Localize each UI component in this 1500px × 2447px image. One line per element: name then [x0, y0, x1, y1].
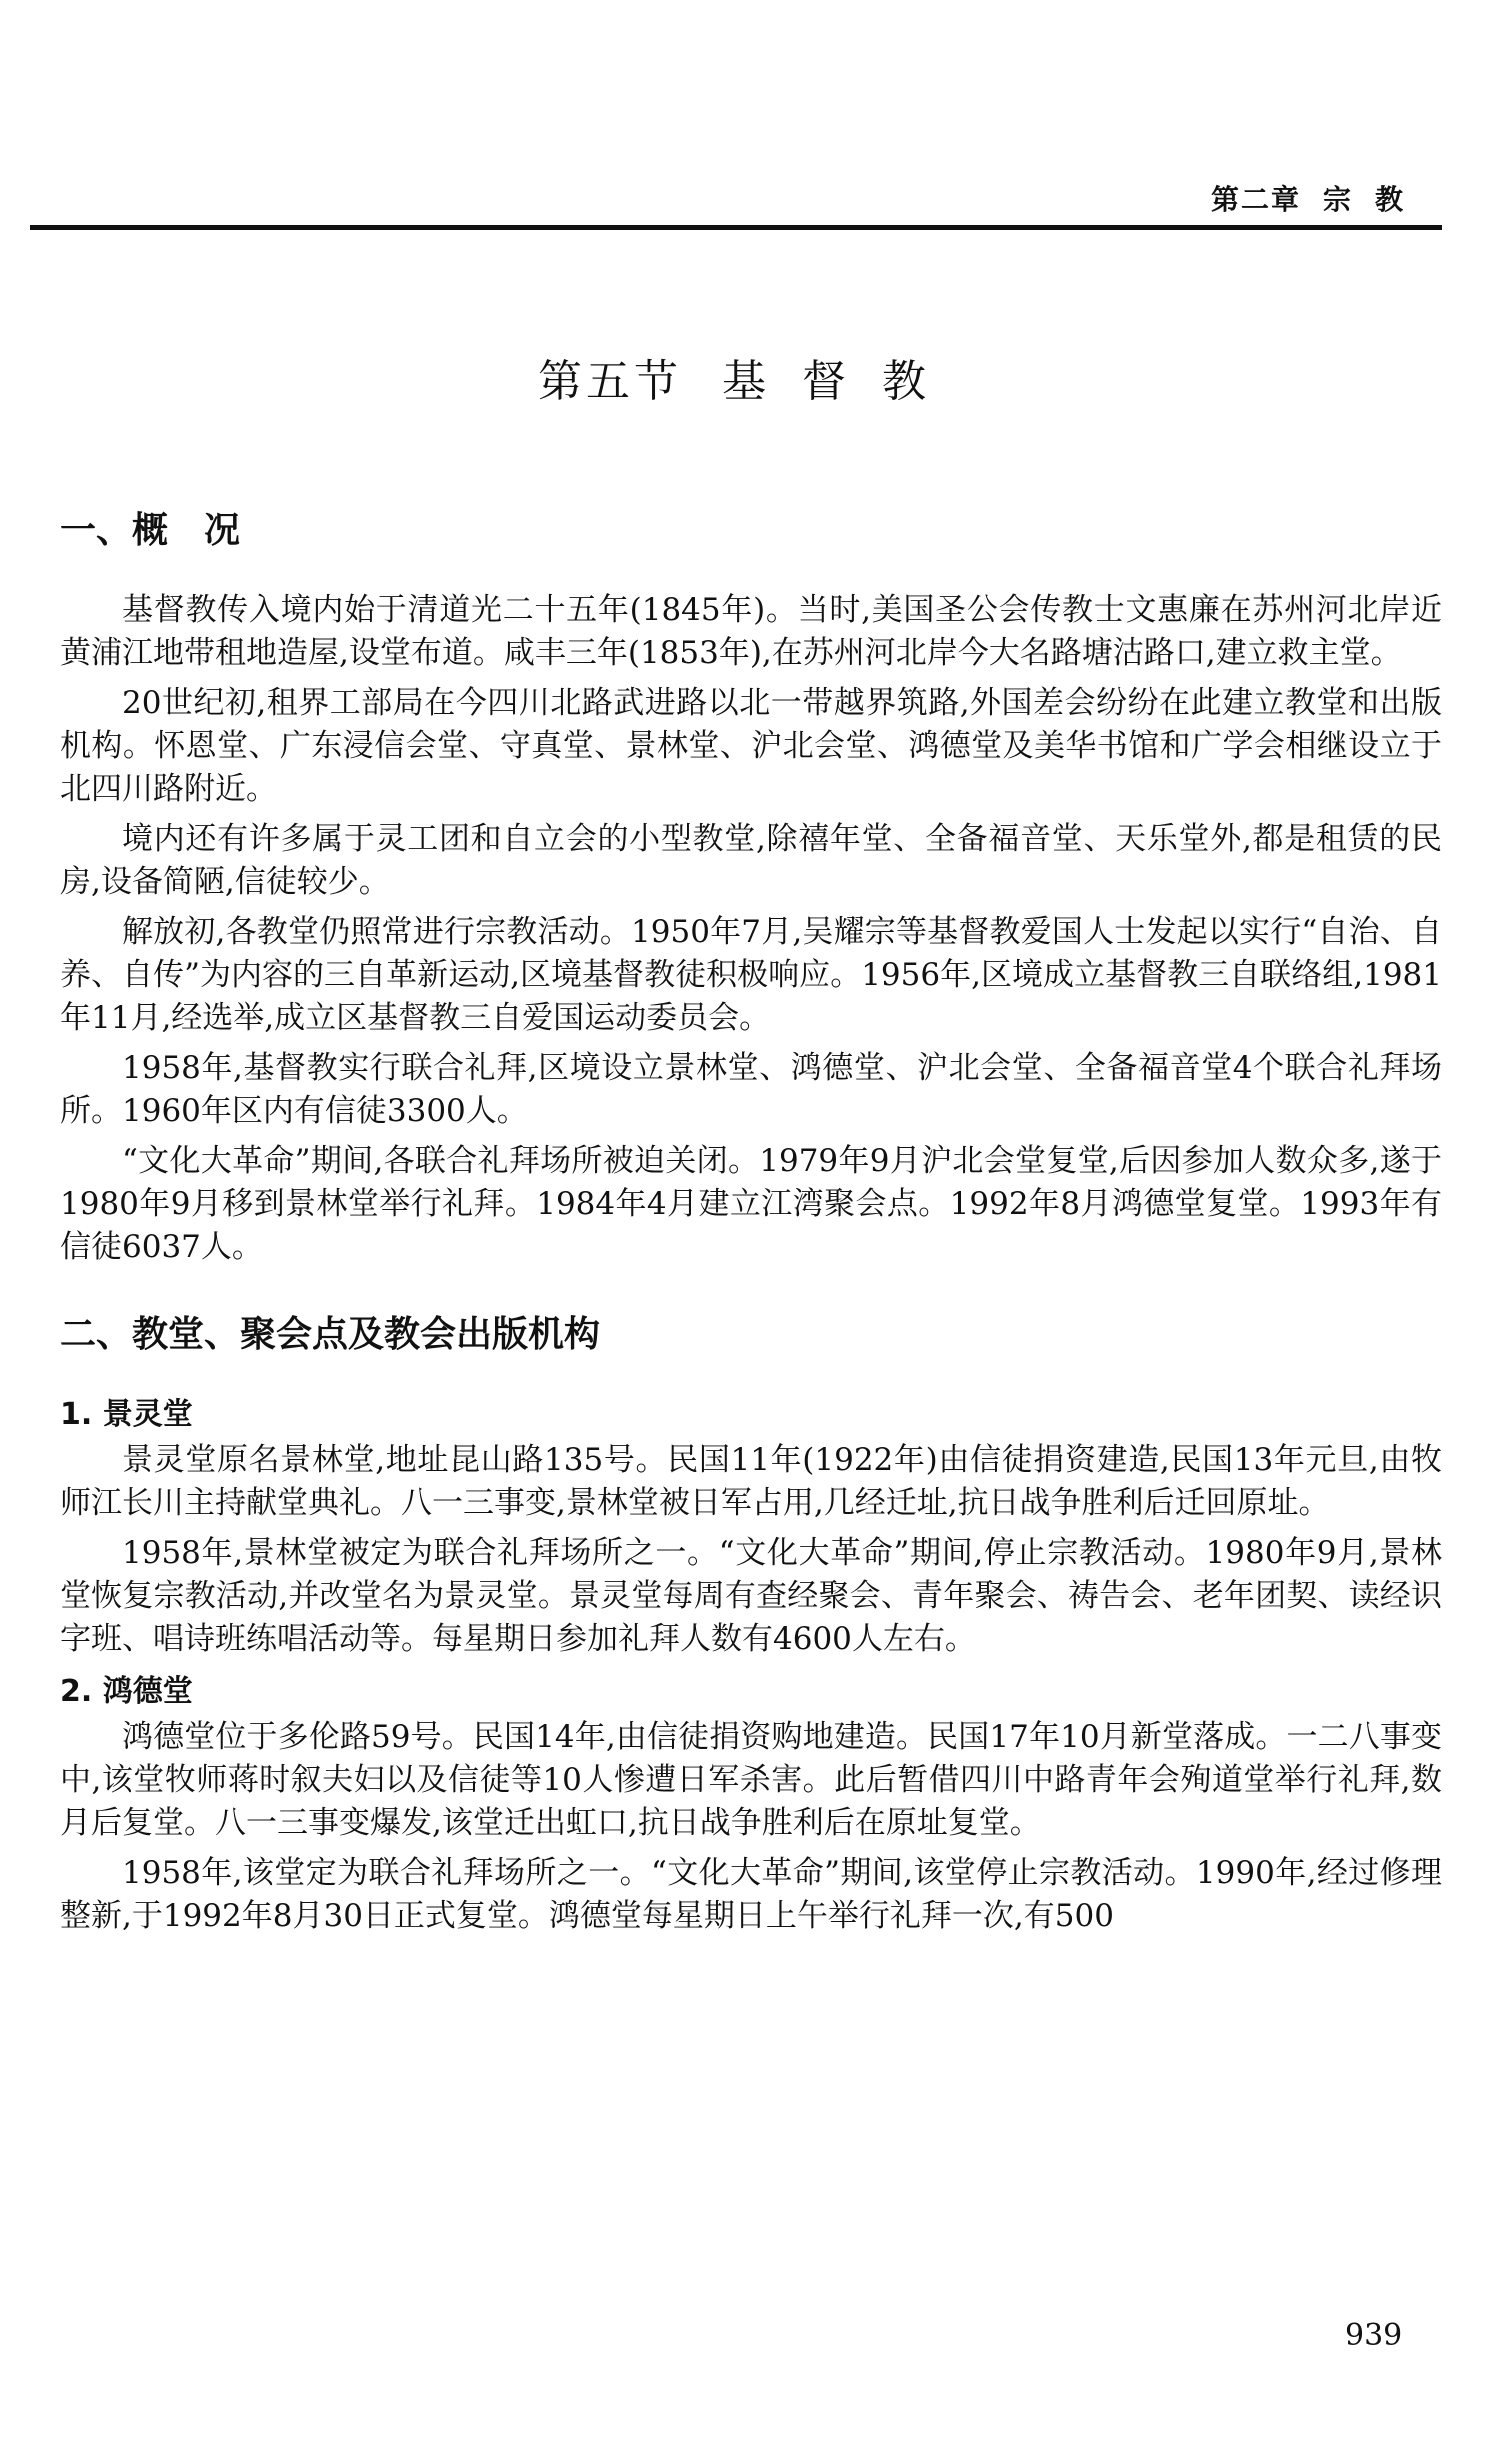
paragraph: 景灵堂原名景林堂,地址昆山路135号。民国11年(1922年)由信徒捐资建造,民…: [60, 1439, 1442, 1525]
running-header-title-2: 教: [1375, 183, 1405, 216]
paragraph: 基督教传入境内始于清道光二十五年(1845年)。当时,美国圣公会传教士文惠廉在苏…: [60, 589, 1442, 675]
paragraph: 解放初,各教堂仍照常进行宗教活动。1950年7月,吴耀宗等基督教爱国人士发起以实…: [60, 911, 1442, 1040]
subheading-hongde-church: 2. 鸿德堂: [60, 1668, 1442, 1716]
paragraph: 1958年,基督教实行联合礼拜,区境设立景林堂、鸿德堂、沪北会堂、全备福音堂4个…: [60, 1047, 1442, 1133]
paragraph: “文化大革命”期间,各联合礼拜场所被迫关闭。1979年9月沪北会堂复堂,后因参加…: [60, 1140, 1442, 1269]
running-header-title-1: 宗: [1323, 183, 1353, 216]
paragraph: 1958年,景林堂被定为联合礼拜场所之一。“文化大革命”期间,停止宗教活动。19…: [60, 1532, 1442, 1661]
heading-overview: 一、概 况: [60, 505, 1442, 557]
paragraph: 20世纪初,租界工部局在今四川北路武进路以北一带越界筑路,外国差会纷纷在此建立教…: [60, 682, 1442, 811]
section-number: 第五节: [538, 356, 682, 407]
header-rule: [30, 225, 1442, 230]
section-name: 基督教: [722, 356, 962, 407]
paragraph: 1958年,该堂定为联合礼拜场所之一。“文化大革命”期间,该堂停止宗教活动。19…: [60, 1852, 1442, 1938]
paragraph: 境内还有许多属于灵工团和自立会的小型教堂,除禧年堂、全备福音堂、天乐堂外,都是租…: [60, 818, 1442, 904]
page-number: 939: [1345, 2318, 1402, 2353]
section-title: 第五节基督教: [0, 345, 1500, 409]
subheading-jingling-church: 1. 景灵堂: [60, 1391, 1442, 1439]
running-header-chapter: 第二章: [1211, 183, 1301, 216]
paragraph: 鸿德堂位于多伦路59号。民国14年,由信徒捐资购地建造。民国17年10月新堂落成…: [60, 1716, 1442, 1845]
heading-churches: 二、教堂、聚会点及教会出版机构: [60, 1309, 1442, 1361]
page-body: 一、概 况 基督教传入境内始于清道光二十五年(1845年)。当时,美国圣公会传教…: [60, 505, 1442, 1945]
running-header: 第二章宗教: [1189, 178, 1405, 218]
